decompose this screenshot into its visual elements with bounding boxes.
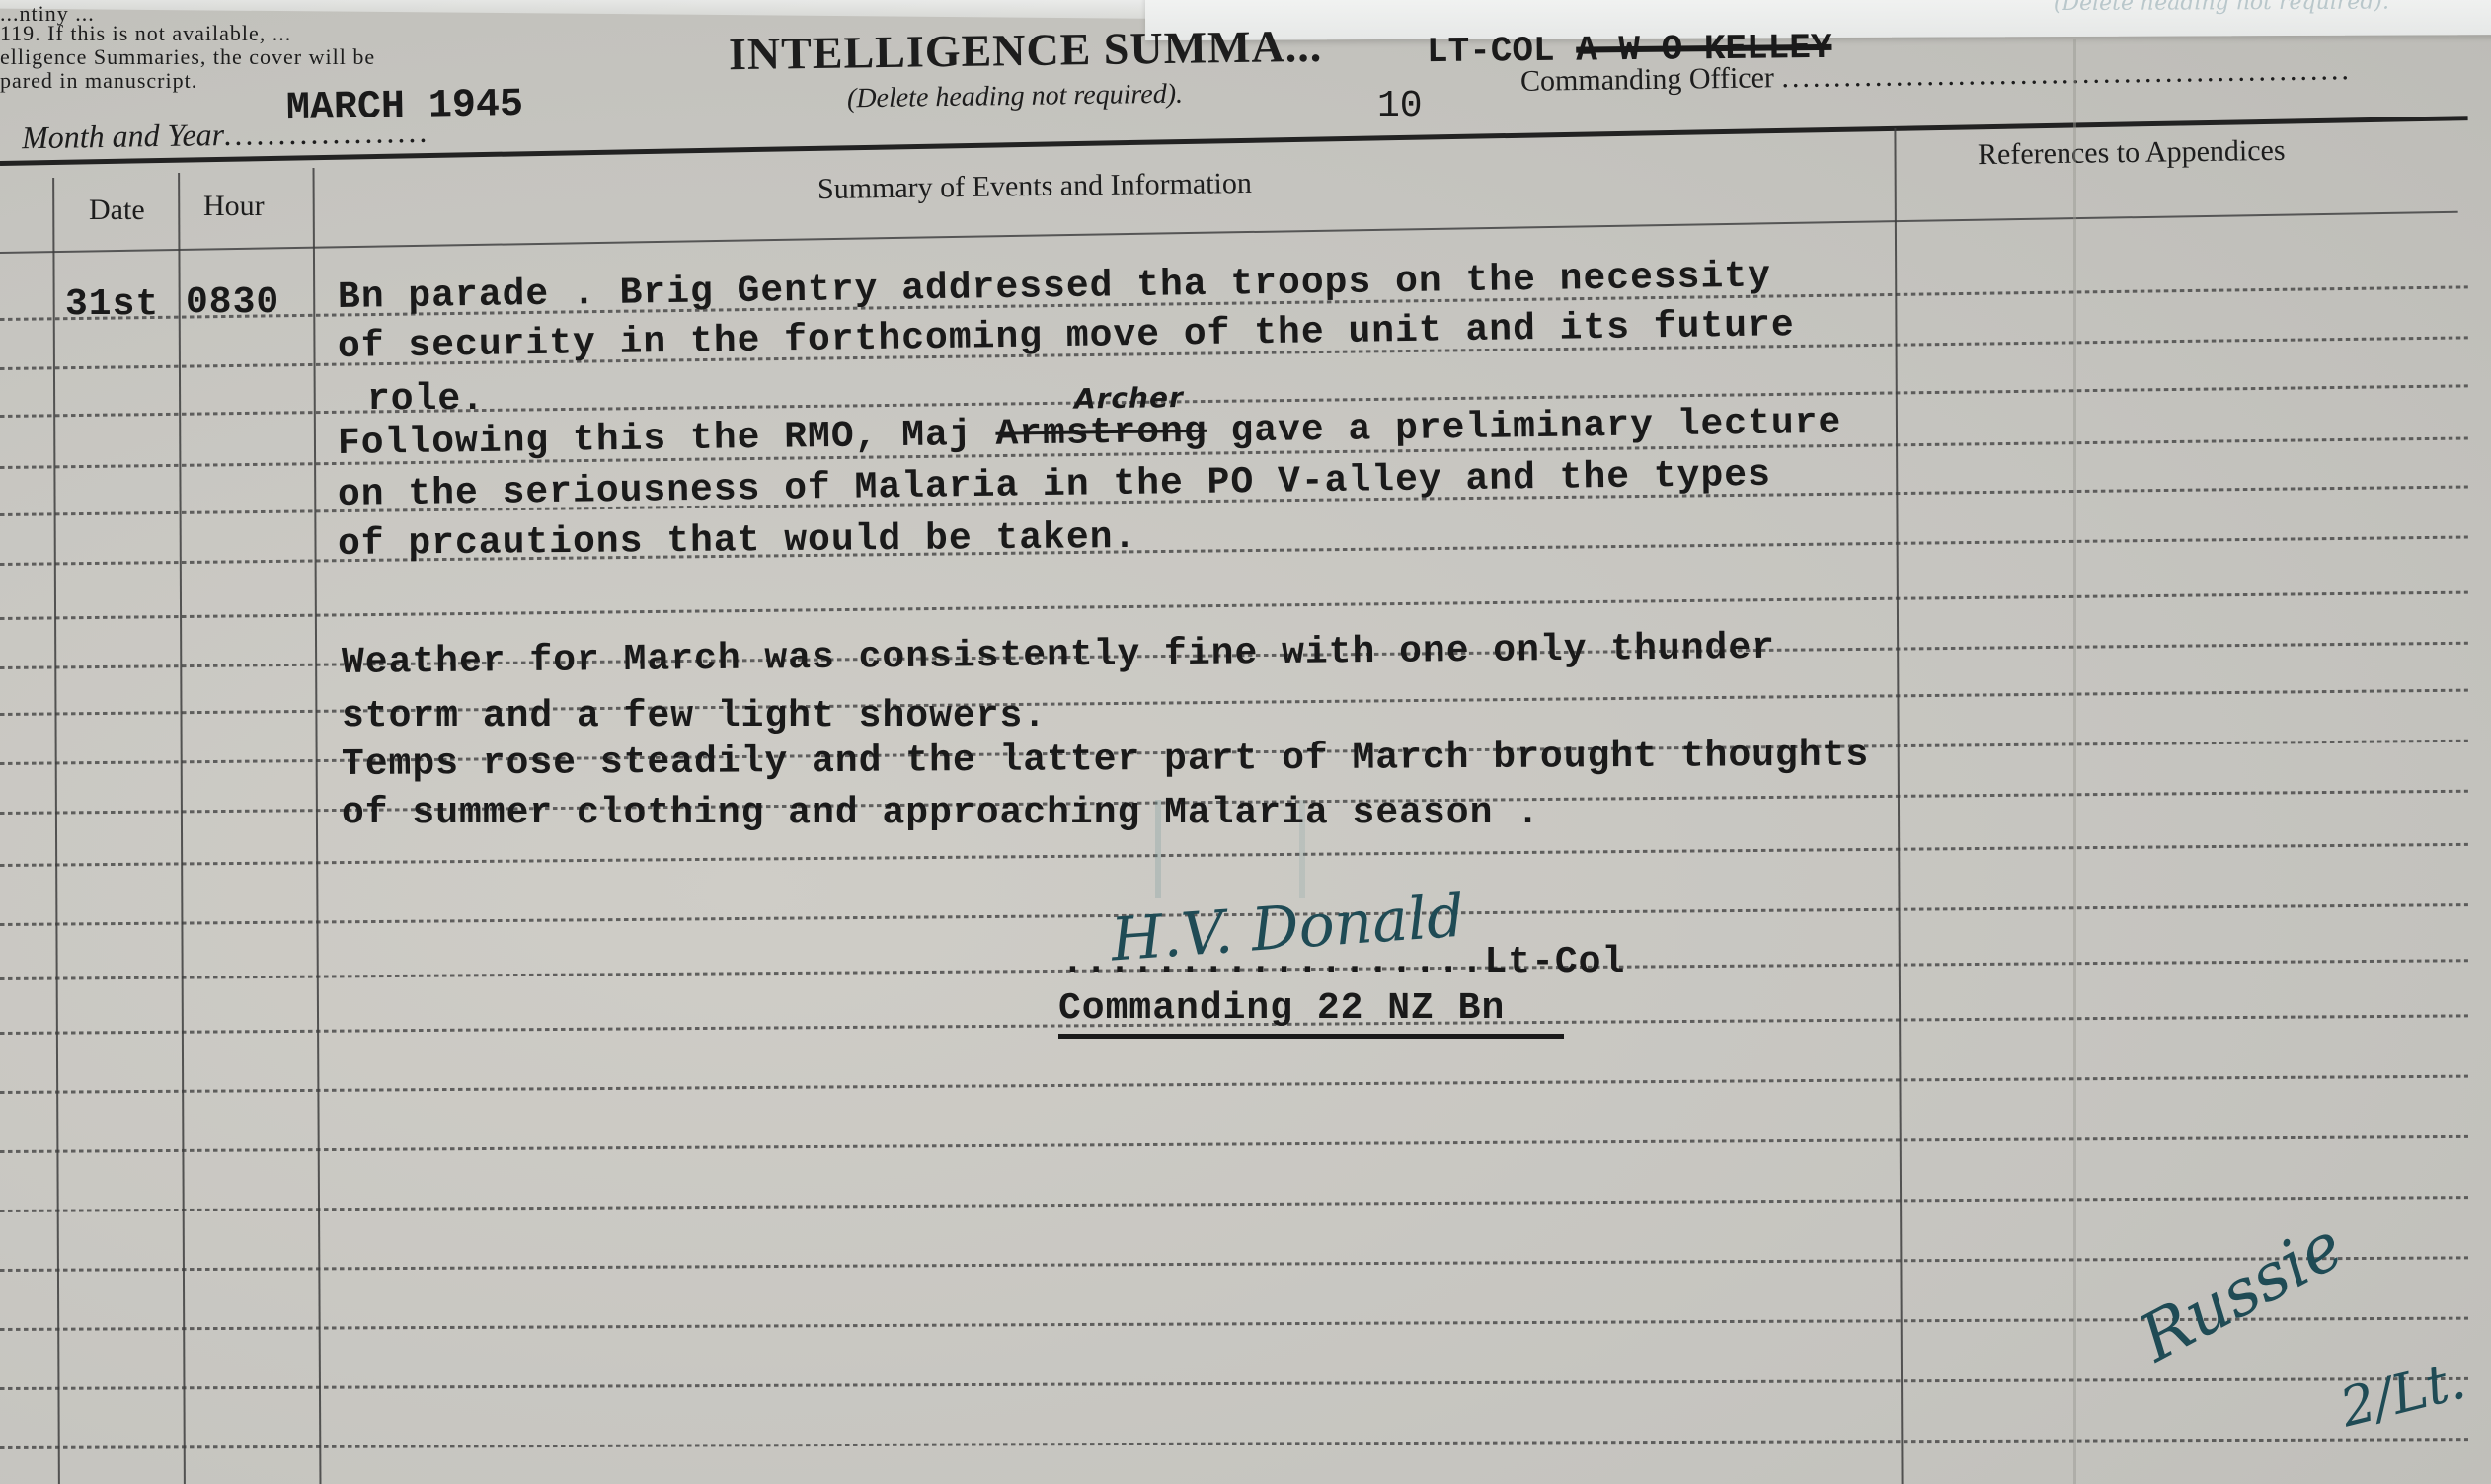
ruled-line [0,1438,2468,1449]
dotted-leader: ........................................… [1781,53,2352,94]
column-header-date: Date [89,194,145,227]
column-header-summary: Summary of Events and Information [817,167,1252,206]
column-divider [1894,128,1903,1484]
column-header-hour: Hour [203,190,265,223]
weather-line: storm and a few light showers. [342,695,1047,738]
entry-line: of prcautions that would be taken. [338,516,1137,566]
column-divider [178,173,186,1484]
page-title: INTELLIGENCE SUMMA... [729,20,1323,80]
weather-line: Weather for March was consistently fine … [342,627,1775,684]
ruled-line [0,1135,2468,1153]
entry-text: gave a preliminary lecture [1207,402,1841,453]
paper-fold [2073,39,2076,1484]
entry-hour: 0830 [186,281,279,324]
ruled-line [0,1377,2468,1390]
commanding-officer-label: Commanding Officer [1520,61,1774,98]
column-divider [52,178,60,1484]
weather-line: of summer clothing and approaching Malar… [342,792,1540,834]
entry-line: role. [367,378,485,421]
overlapping-sheet-left [0,0,1224,19]
margin-initials: 2/Lt. [2334,1349,2471,1440]
instruction-line: pared in manuscript. [0,69,197,93]
struck-name: Armstrong [995,411,1207,456]
ruled-line [0,1075,2468,1094]
signature-line: ..................Lt-Col [1061,941,1625,983]
signature-rank: Lt-Col [1484,941,1625,983]
ruled-line [0,591,2468,620]
weather-line: Temps rose steadily and the latter part … [342,735,1869,786]
entry-line: on the seriousness of Malaria in the PO … [338,454,1771,516]
entry-date: 31st [65,283,159,326]
delete-heading-note: (Delete heading not required). [847,79,1183,116]
ruled-line [0,1317,2468,1331]
ghost-text: (Delete heading not required). [2054,0,2389,16]
month-year-label: Month and Year [22,117,225,155]
ruled-line [0,1256,2468,1272]
signature-unit: Commanding 22 NZ Bn [1058,987,1564,1039]
instruction-line: elligence Summaries, the cover will be [0,45,375,69]
column-header-rule [0,211,2458,254]
margin-signature: Russie [2128,1208,2355,1376]
month-year-value: MARCH 1945 [286,83,524,131]
diary-page: (Delete heading not required). ...ntiny … [0,0,2491,1484]
instruction-line: 119. If this is not available, ... [0,22,291,45]
column-header-references: References to Appendices [1978,134,2286,172]
page-number: 10 [1377,85,1423,127]
signature-dots: .................. [1061,941,1484,983]
ruled-line [0,1196,2468,1212]
handwritten-insertion: Archer [1074,381,1184,416]
